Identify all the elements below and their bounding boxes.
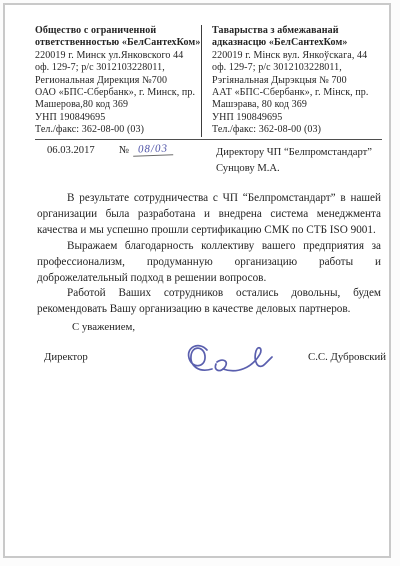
sender-bank-line: Машерова,80 код 369 <box>35 99 195 111</box>
body-paragraph: Работой Ваших сотрудников остались довол… <box>37 286 381 318</box>
addressee-block: Директору ЧП “Белпромстандарт” Сунцову М… <box>216 145 372 176</box>
letterhead: Общество с ограниченной ответственностью… <box>35 25 385 137</box>
salutation: С уважением, <box>72 321 135 333</box>
sender-address-line: 220019 г. Минск ул.Янковского 44 <box>35 50 195 62</box>
sender-name-line: Общество с ограниченной <box>35 25 195 37</box>
sender-account-line: оф. 129-7; р/с 3012103228011, <box>35 62 195 74</box>
sender-bank-line: Машэрава, 80 код 369 <box>212 99 385 111</box>
header-divider-rule <box>35 139 382 140</box>
sender-phone-line: Тел./факс: 362-08-00 (03) <box>35 124 195 136</box>
signer-title: Директор <box>44 351 88 363</box>
addressee-title: Директору ЧП “Белпромстандарт” <box>216 145 372 161</box>
sender-bank-line: ОАО «БПС-Сбербанк», г. Минск, пр. <box>35 87 195 99</box>
sender-bank-line: Региональная Дирекция №700 <box>35 75 195 87</box>
number-sign: № <box>119 145 129 156</box>
sender-bank-line: ААТ «БПС-Сбербанк», г. Мінск, пр. <box>212 87 385 99</box>
sender-name-line: адказнасцю «БелСантехКом» <box>212 37 385 49</box>
letter-page: Общество с ограниченной ответственностью… <box>3 3 391 558</box>
sender-unp-line: УНП 190849695 <box>212 112 385 124</box>
body-paragraph: Выражаем благодарность коллективу вашего… <box>37 239 381 287</box>
letter-body: В результате сотрудничества с ЧП “Белпро… <box>37 191 381 318</box>
sender-phone-line: Тел./факс: 362-08-00 (03) <box>212 124 385 136</box>
signer-name: С.С. Дубровский <box>308 351 386 363</box>
sender-info-russian: Общество с ограниченной ответственностью… <box>35 25 201 137</box>
addressee-name: Сунцову М.А. <box>216 161 372 177</box>
sender-account-line: оф. 129-7; р/с 3012103228011, <box>212 62 385 74</box>
sender-name-line: Таварыства з абмежаванай <box>212 25 385 37</box>
letter-number-handwritten: 08/03 <box>133 142 173 156</box>
body-paragraph: В результате сотрудничества с ЧП “Белпро… <box>37 191 381 239</box>
sender-address-line: 220019 г. Мінск вул. Янкоўскага, 44 <box>212 50 385 62</box>
handwritten-signature-icon <box>173 333 283 383</box>
sender-name-line: ответственностью «БелСантехКом» <box>35 37 195 49</box>
sender-bank-line: Рэгіянальная Дырэкцыя № 700 <box>212 75 385 87</box>
letter-date: 06.03.2017 <box>47 145 95 156</box>
sender-unp-line: УНП 190849695 <box>35 112 195 124</box>
sender-info-belarusian: Таварыства з абмежаванай адказнасцю «Бел… <box>201 25 385 137</box>
